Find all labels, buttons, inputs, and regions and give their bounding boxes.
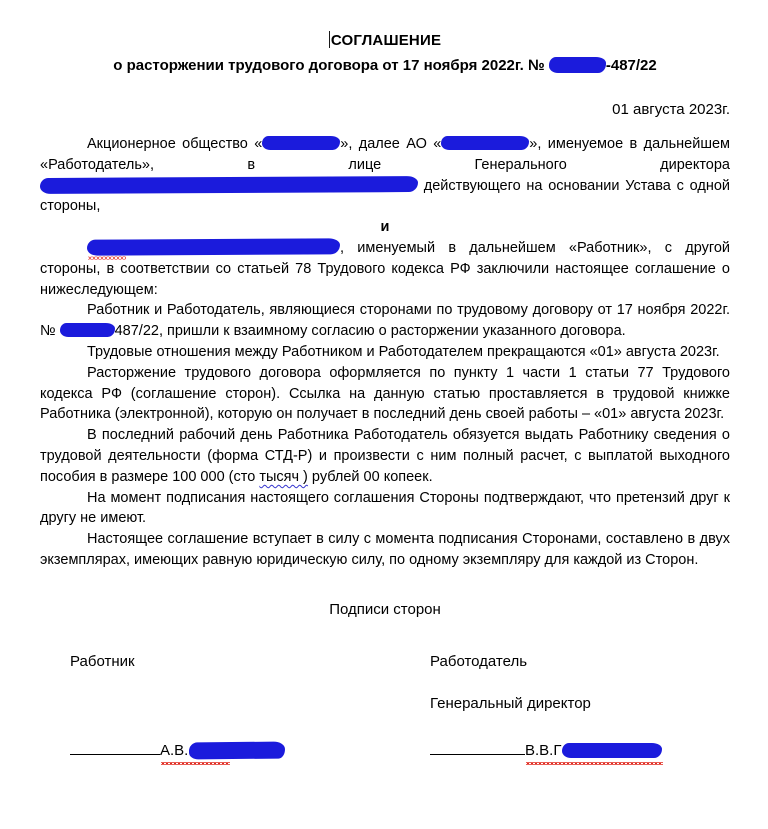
paragraph-no-claims: На момент подписания настоящего соглашен… bbox=[40, 488, 730, 530]
employee-role-label: Работник bbox=[40, 652, 385, 672]
redaction-director-name bbox=[40, 176, 418, 194]
conjunction-line: и bbox=[40, 217, 730, 238]
redaction-contract-number bbox=[549, 57, 606, 73]
redaction-employee-name bbox=[87, 238, 340, 255]
document-date: 01 августа 2023г. bbox=[40, 100, 730, 120]
paragraph-mutual-consent: Работник и Работодатель, являющиеся стор… bbox=[40, 300, 730, 342]
paragraph-termination-date: Трудовые отношения между Работником и Ра… bbox=[40, 342, 730, 363]
text-run: Акционерное общество « bbox=[87, 136, 262, 152]
signature-line bbox=[430, 742, 525, 755]
redaction-company-short-name bbox=[441, 136, 529, 150]
document-body: Акционерное общество «», далее АО «», им… bbox=[40, 134, 730, 571]
document-subtitle: о расторжении трудового договора от 17 н… bbox=[40, 54, 730, 78]
director-title-label: Генеральный директор bbox=[385, 694, 730, 714]
text-cursor bbox=[329, 31, 330, 48]
redaction-company-name bbox=[262, 136, 340, 150]
subtitle-suffix: -487/22 bbox=[606, 57, 657, 74]
title-line: СОГЛАШЕНИЕ bbox=[40, 30, 730, 52]
employer-role-label: Работодатель bbox=[385, 652, 730, 672]
employer-initials: В.В.Г bbox=[525, 742, 561, 759]
paragraph-employee: , именуемый в дальнейшем «Работник», с д… bbox=[40, 238, 730, 300]
signature-line bbox=[70, 742, 160, 755]
redaction-contract-number-2 bbox=[60, 323, 115, 337]
spellcheck-squiggle bbox=[88, 256, 126, 259]
signatures-heading: Подписи сторон bbox=[40, 599, 730, 620]
signature-roles-row: Работник Работодатель bbox=[40, 652, 730, 672]
text-run: », далее АО « bbox=[340, 136, 441, 152]
redaction-director-surname bbox=[562, 743, 662, 758]
redaction-employee-surname bbox=[189, 741, 285, 759]
employer-signature-block: В.В.Г bbox=[385, 741, 730, 761]
text-run: 487/22, пришли к взаимному согласию о ра… bbox=[115, 323, 626, 339]
paragraph-legal-basis: Расторжение трудового договора оформляет… bbox=[40, 363, 730, 425]
paragraph-copies: Настоящее соглашение вступает в силу с м… bbox=[40, 529, 730, 571]
employee-signature-name: А.В. bbox=[160, 741, 285, 761]
spellcheck-squiggle bbox=[526, 762, 663, 765]
document-page: СОГЛАШЕНИЕ о расторжении трудового догов… bbox=[0, 0, 768, 829]
document-title: СОГЛАШЕНИЕ bbox=[331, 32, 441, 49]
employer-signature-name: В.В.Г bbox=[525, 741, 662, 761]
subtitle-prefix: о расторжении трудового договора от 17 н… bbox=[113, 57, 549, 74]
employee-signature-block: А.В. bbox=[40, 741, 385, 761]
signature-row: А.В. В.В.Г bbox=[40, 741, 730, 761]
employee-initials: А.В. bbox=[160, 742, 188, 759]
text-run: рублей 00 копеек. bbox=[308, 469, 433, 485]
director-title-row: Генеральный директор bbox=[40, 694, 730, 714]
paragraph-employer: Акционерное общество «», далее АО «», им… bbox=[40, 134, 730, 217]
paragraph-severance-pay: В последний рабочий день Работника Работ… bbox=[40, 425, 730, 487]
spacer bbox=[40, 694, 385, 714]
misspelled-text: тысяч ) bbox=[259, 469, 308, 485]
spellcheck-squiggle bbox=[161, 762, 230, 765]
